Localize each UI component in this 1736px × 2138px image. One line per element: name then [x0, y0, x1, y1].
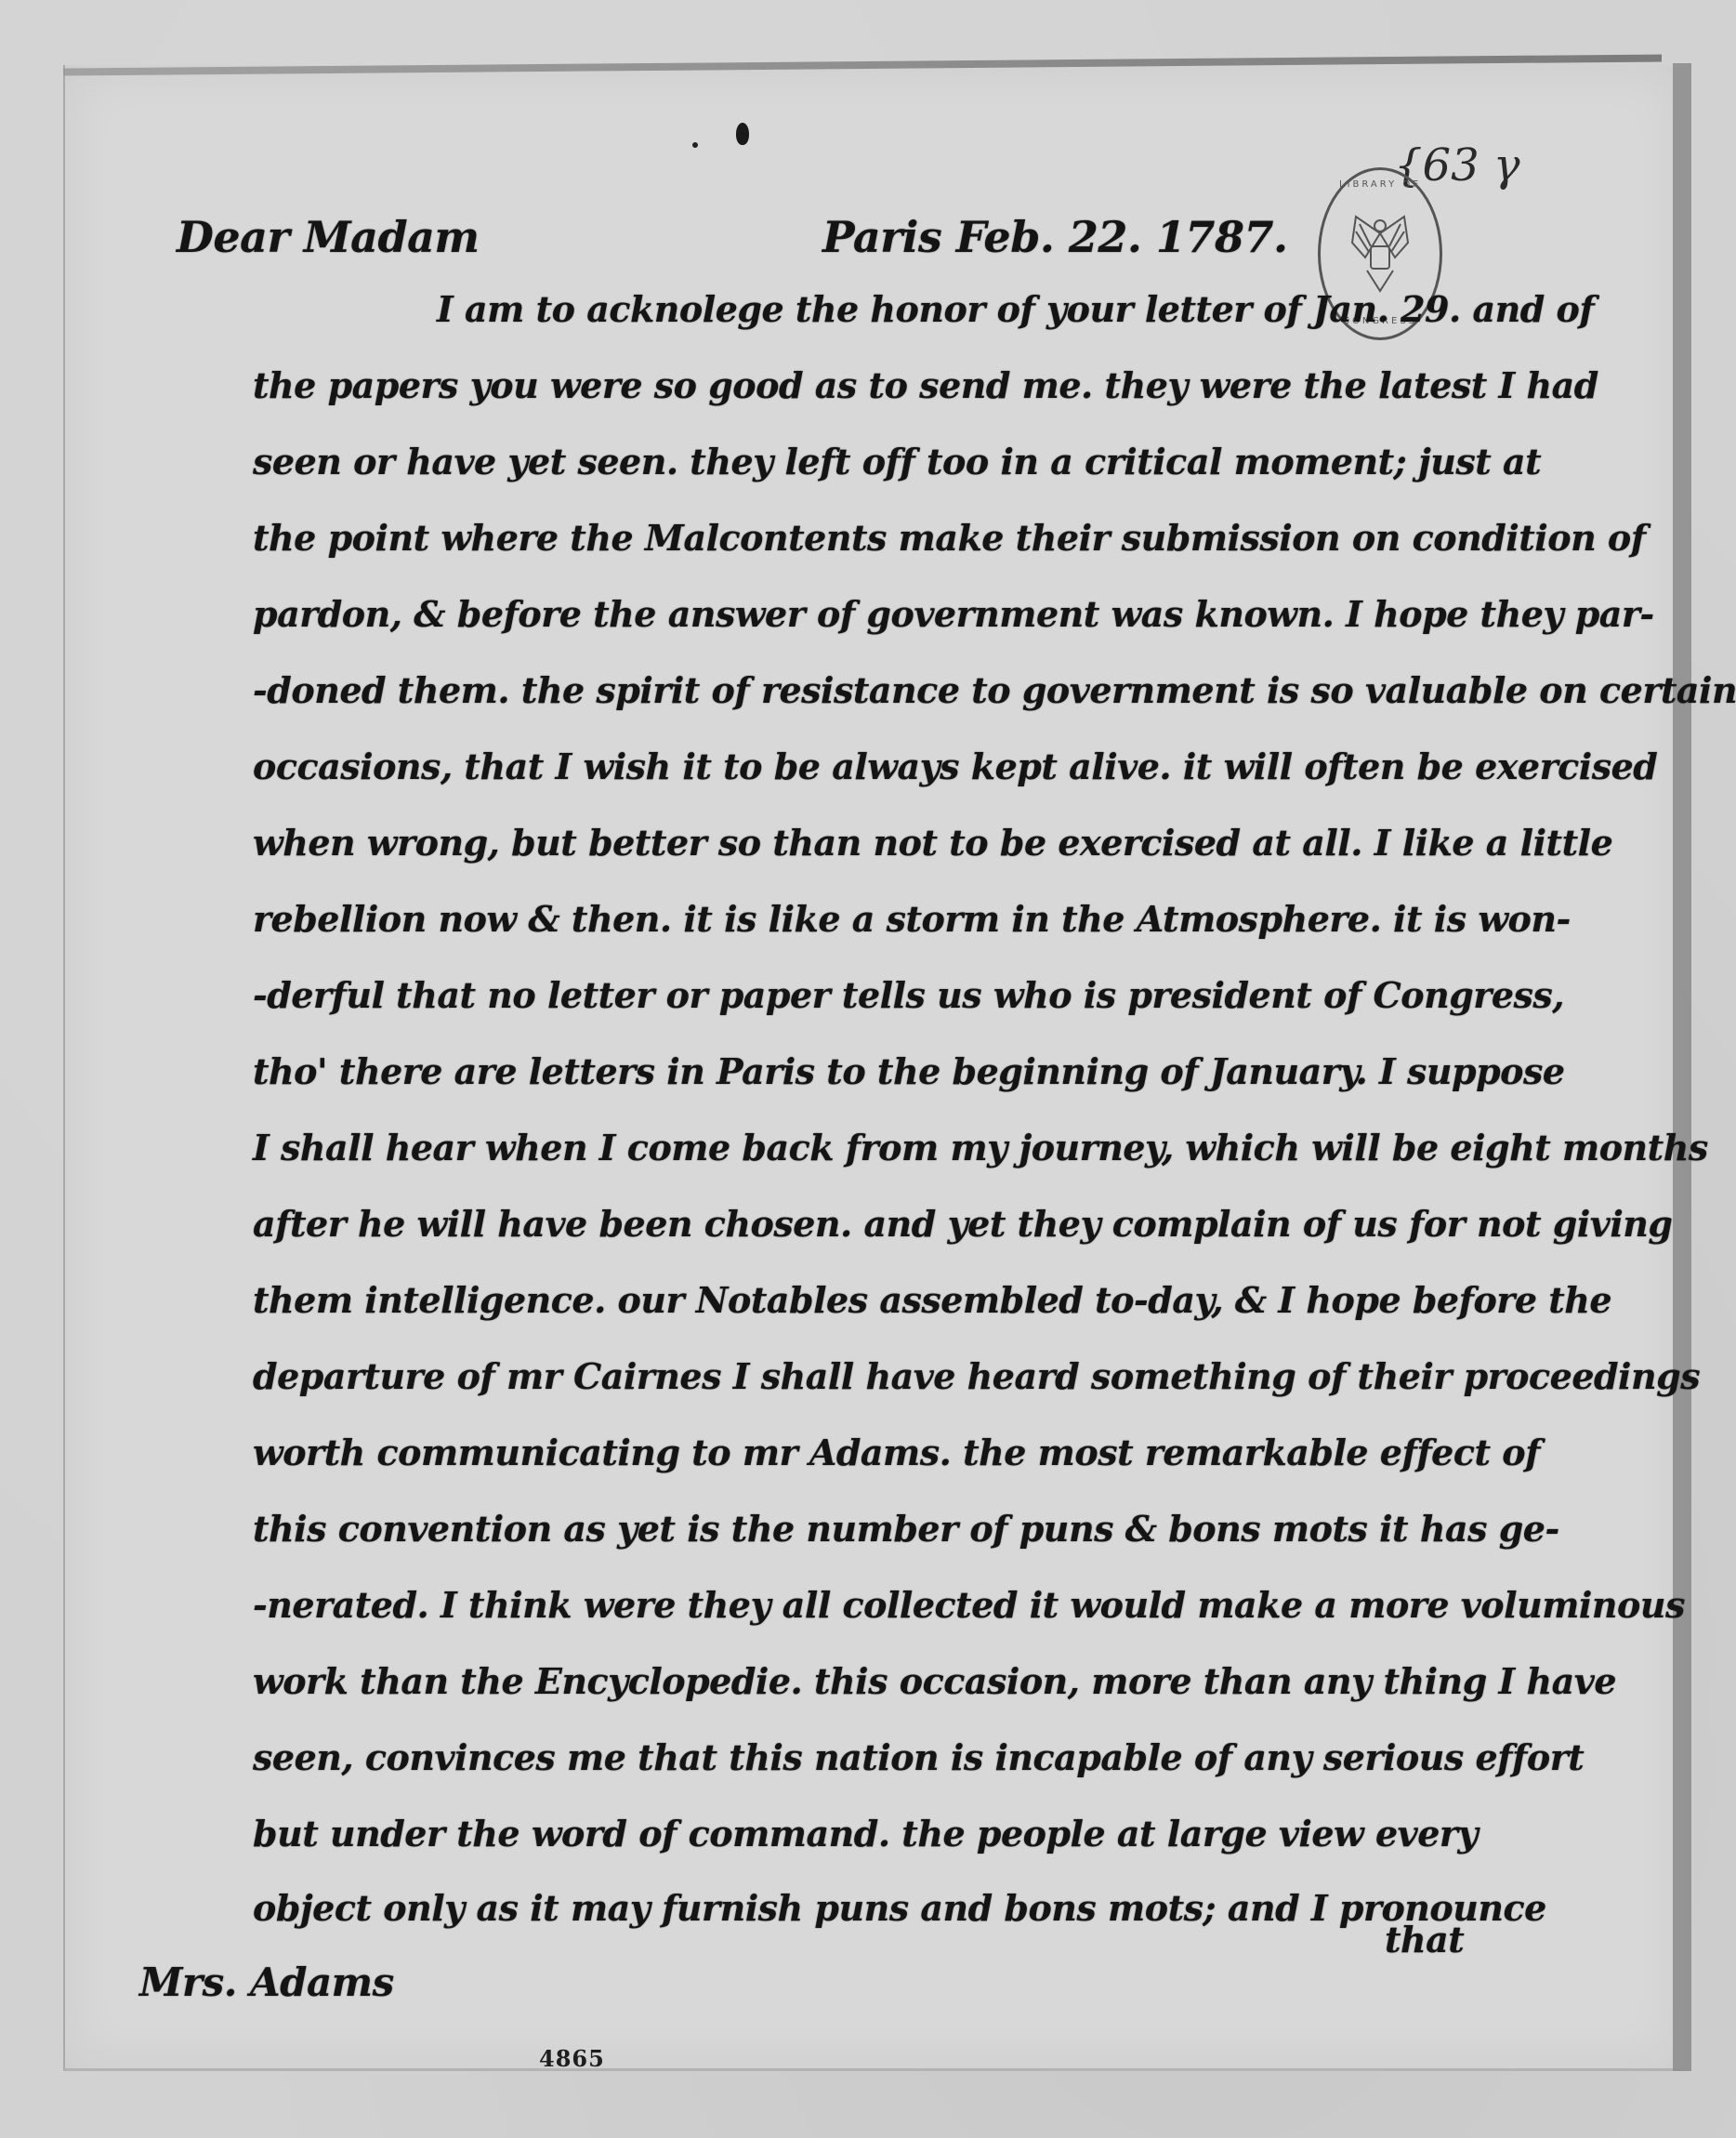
archive-number: 4865 — [539, 2045, 605, 2072]
letter-line: -nerated. I think were they all collecte… — [253, 1584, 1685, 1626]
letter-line: I am to acknolege the honor of your lett… — [437, 288, 1594, 330]
stamp-top-text: LIBRARY OF — [1321, 179, 1440, 190]
letter-line: object only as it may furnish puns and b… — [253, 1887, 1546, 1929]
letter-line: -derful that no letter or paper tells us… — [253, 974, 1564, 1016]
sheet-right-edge-shadow — [1673, 63, 1691, 2071]
letter-line: -doned them. the spirit of resistance to… — [253, 669, 1736, 711]
letter-line: rebellion now & then. it is like a storm… — [253, 898, 1571, 940]
letter-line: this convention as yet is the number of … — [253, 1508, 1559, 1550]
letter-line: the point where the Malcontents make the… — [253, 517, 1646, 559]
letter-line: after he will have been chosen. and yet … — [253, 1203, 1672, 1245]
letter-line: work than the Encyclopedie. this occasio… — [253, 1660, 1616, 1702]
letter-line: them intelligence. our Notables assemble… — [253, 1279, 1611, 1321]
letter-line: seen, convinces me that this nation is i… — [253, 1736, 1584, 1778]
letter-line: worth communicating to mr Adams. the mos… — [253, 1432, 1540, 1473]
letter-line: I shall hear when I come back from my jo… — [253, 1127, 1708, 1168]
letter-line: pardon, & before the answer of governmen… — [253, 593, 1654, 635]
letter-line: seen or have yet seen. they left off too… — [253, 441, 1541, 482]
letter-line: when wrong, but better so than not to be… — [253, 822, 1612, 864]
dateline: Paris Feb. 22. 1787. — [822, 212, 1287, 262]
ink-blot — [736, 123, 749, 145]
ink-dot — [692, 142, 698, 148]
letter-line: the papers you were so good as to send m… — [253, 364, 1598, 406]
eagle-seal-icon — [1343, 205, 1417, 298]
catchword: that — [1385, 1919, 1464, 1960]
letter-line: but under the word of command. the peopl… — [253, 1813, 1478, 1854]
letter-line: departure of mr Cairnes I shall have hea… — [253, 1355, 1700, 1397]
salutation: Dear Madam — [177, 212, 480, 262]
letter-line: tho' there are letters in Paris to the b… — [253, 1050, 1565, 1092]
letter-line: occasions, that I wish it to be always k… — [253, 746, 1657, 787]
addressee: Mrs. Adams — [139, 1960, 394, 2005]
